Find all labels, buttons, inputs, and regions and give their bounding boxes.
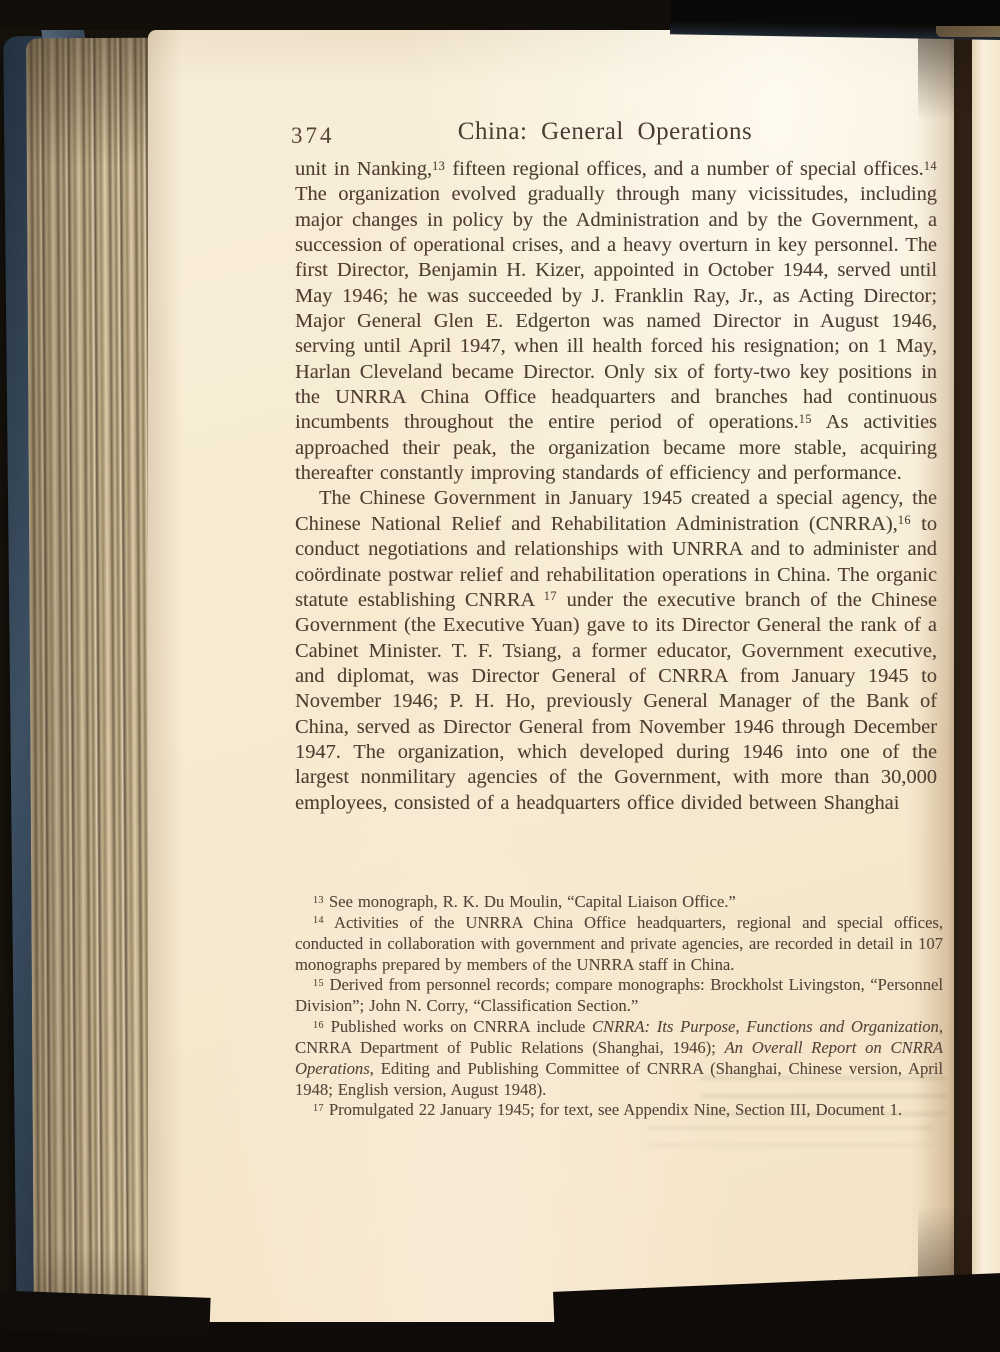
show-through-ghost-text — [648, 1126, 934, 1146]
facing-page-edge — [972, 34, 1000, 1306]
footnote: 14 Activities of the UNRRA China Office … — [295, 913, 943, 976]
footnote: 13 See monograph, R. K. Du Moulin, “Capi… — [295, 892, 943, 913]
paragraph: unit in Nanking,13 fifteen regional offi… — [295, 157, 937, 486]
paragraph: The Chinese Government in January 1945 c… — [295, 486, 937, 815]
footnote: 17 Promulgated 22 January 1945; for text… — [295, 1100, 943, 1121]
book-page: 374 China: General Operations unit in Na… — [148, 30, 954, 1322]
background-bottom-left — [0, 1290, 211, 1338]
running-header: China: General Operations — [285, 118, 925, 146]
page-stack-edges — [26, 38, 162, 1337]
footnotes: 13 See monograph, R. K. Du Moulin, “Capi… — [295, 892, 943, 1121]
book-cover-cloth-corner — [936, 26, 1000, 37]
footnote: 15 Derived from personnel records; compa… — [295, 975, 943, 1017]
footnote: 16 Published works on CNRRA include CNRR… — [295, 1017, 943, 1100]
body-text: unit in Nanking,13 fifteen regional offi… — [295, 157, 937, 816]
book-photograph: 374 China: General Operations unit in Na… — [0, 0, 1000, 1352]
